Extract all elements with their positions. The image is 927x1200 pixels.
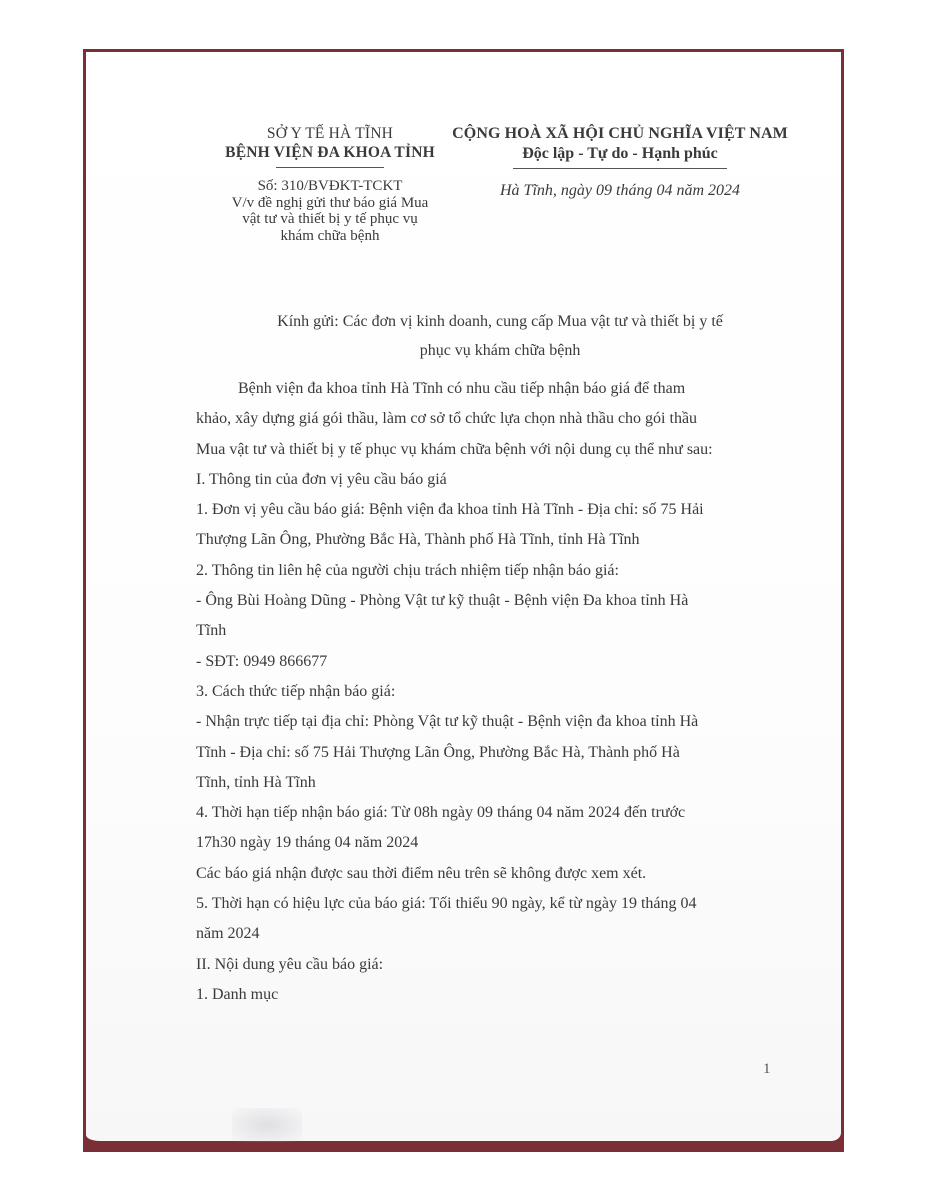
body-line: 3. Cách thức tiếp nhận báo giá: — [196, 677, 796, 707]
paper-shadow — [232, 1108, 302, 1142]
body-line: Tĩnh - Địa chỉ: số 75 Hải Thượng Lãn Ông… — [196, 738, 796, 768]
body-line: Bệnh viện đa khoa tỉnh Hà Tĩnh có nhu cầ… — [196, 374, 796, 404]
letter-body: Bệnh viện đa khoa tỉnh Hà Tĩnh có nhu cầ… — [196, 374, 796, 1010]
body-line: - Ông Bùi Hoàng Dũng - Phòng Vật tư kỹ t… — [196, 586, 796, 616]
body-line: Thượng Lãn Ông, Phường Bắc Hà, Thành phố… — [196, 525, 796, 555]
recipient-line: Kính gửi: Các đơn vị kinh doanh, cung cấ… — [200, 307, 800, 336]
body-line: năm 2024 — [196, 919, 796, 949]
national-motto: Độc lập - Tự do - Hạnh phúc — [430, 144, 810, 164]
body-line: II. Nội dung yêu cầu báo giá: — [196, 950, 796, 980]
recipient-block: Kính gửi: Các đơn vị kinh doanh, cung cấ… — [200, 307, 800, 365]
body-line: 17h30 ngày 19 tháng 04 năm 2024 — [196, 828, 796, 858]
body-line: 5. Thời hạn có hiệu lực của báo giá: Tối… — [196, 889, 796, 919]
body-line: Tĩnh — [196, 616, 796, 646]
body-line: - SĐT: 0949 866677 — [196, 647, 796, 677]
body-line: 2. Thông tin liên hệ của người chịu trác… — [196, 556, 796, 586]
body-line: Các báo giá nhận được sau thời điểm nêu … — [196, 859, 796, 889]
header-divider — [276, 167, 384, 168]
page-number: 1 — [763, 1061, 771, 1078]
body-line: - Nhận trực tiếp tại địa chỉ: Phòng Vật … — [196, 707, 796, 737]
recipient-line: phục vụ khám chữa bệnh — [200, 336, 800, 365]
subject-line: khám chữa bệnh — [180, 228, 480, 245]
national-header: CỘNG HOÀ XÃ HỘI CHỦ NGHĨA VIỆT NAM Độc l… — [430, 124, 810, 201]
national-title: CỘNG HOÀ XÃ HỘI CHỦ NGHĨA VIỆT NAM — [430, 124, 810, 144]
body-line: Mua vật tư và thiết bị y tế phục vụ khám… — [196, 435, 796, 465]
body-line: Tĩnh, tỉnh Hà Tĩnh — [196, 768, 796, 798]
body-line: khảo, xây dựng giá gói thầu, làm cơ sở t… — [196, 404, 796, 434]
body-line: I. Thông tin của đơn vị yêu cầu báo giá — [196, 465, 796, 495]
body-line: 4. Thời hạn tiếp nhận báo giá: Từ 08h ng… — [196, 798, 796, 828]
body-line: 1. Danh mục — [196, 980, 796, 1010]
motto-divider — [513, 168, 727, 169]
place-and-date: Hà Tĩnh, ngày 09 tháng 04 năm 2024 — [430, 181, 810, 201]
body-line: 1. Đơn vị yêu cầu báo giá: Bệnh viện đa … — [196, 495, 796, 525]
subject-line: vật tư và thiết bị y tế phục vụ — [180, 211, 480, 228]
